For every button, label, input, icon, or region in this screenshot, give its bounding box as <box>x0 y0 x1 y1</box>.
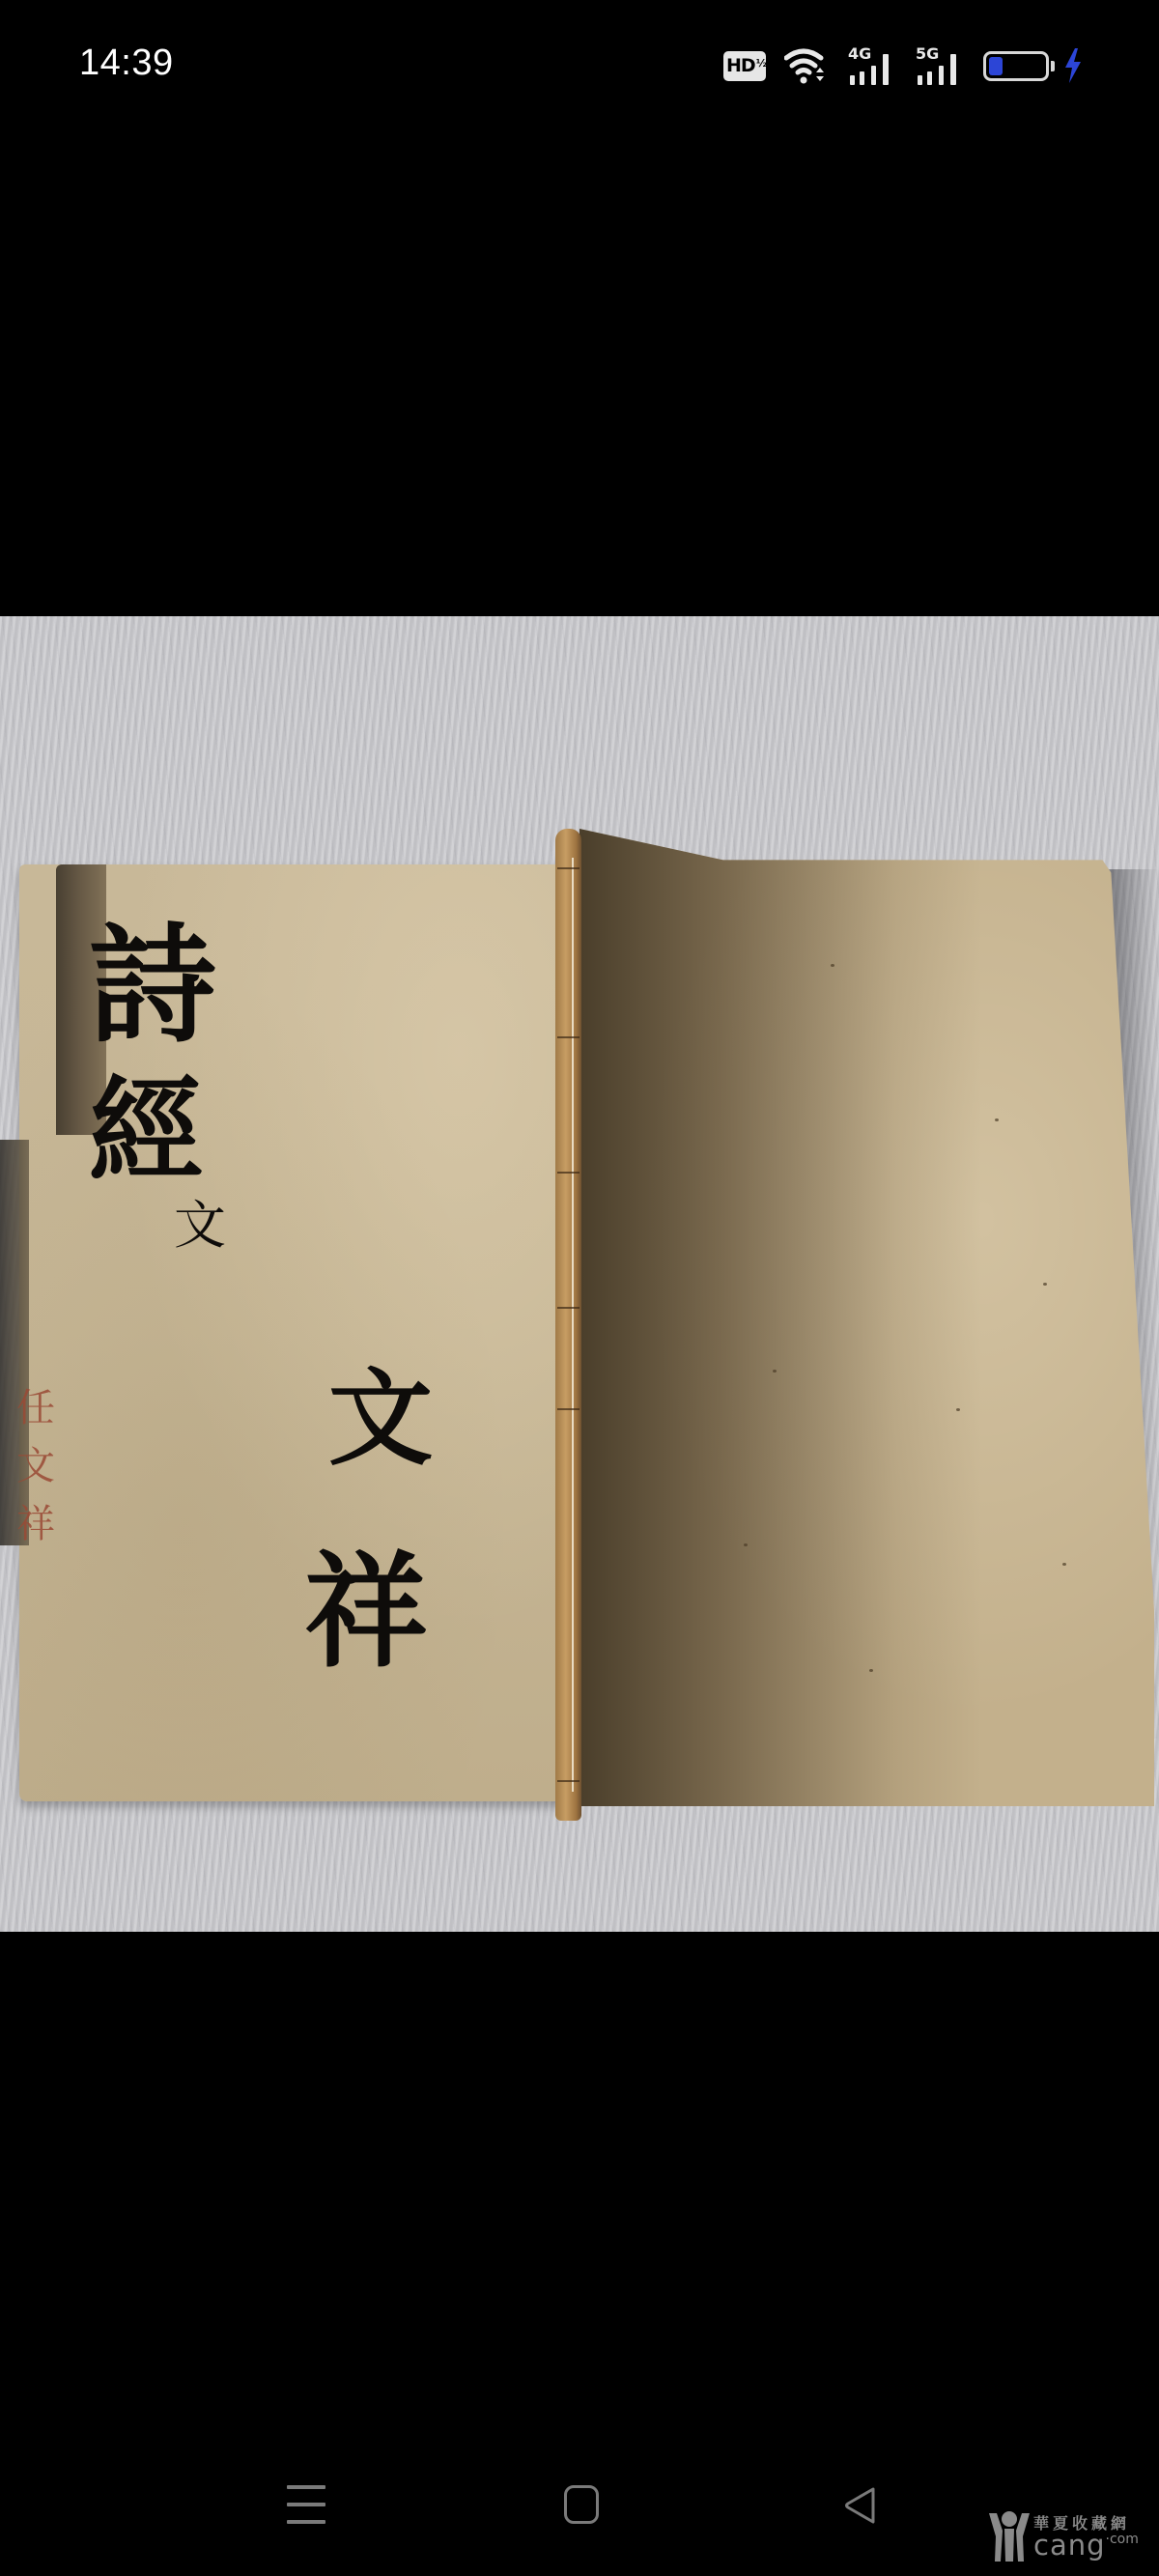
hd-voice-icon: HD½ <box>723 51 766 81</box>
signal-5g-icon: 5G <box>916 46 966 85</box>
battery-icon <box>983 51 1049 81</box>
watermark-domain: ·com <box>1106 2532 1139 2547</box>
signal-4g-icon: 4G <box>848 46 898 85</box>
battery-level <box>989 57 1003 75</box>
wifi-icon <box>784 46 827 85</box>
owner-inscription-char-1: 文 <box>328 1367 433 1471</box>
cover-small-mark: 文 <box>174 1200 226 1252</box>
collector-figure-icon <box>987 2509 1032 2563</box>
cover-title-char-1: 詩 <box>89 922 216 1050</box>
watermark-name-en: cang·com <box>1033 2529 1139 2562</box>
watermark-logo: 華夏收藏網 cang·com <box>987 2509 1156 2565</box>
watermark-cang: cang <box>1033 2529 1106 2562</box>
battery-tip <box>1051 61 1055 71</box>
cover-title-char-2: 經 <box>89 1074 203 1188</box>
book-spine <box>555 829 581 1821</box>
seal-char-2: 文 <box>12 1437 60 1495</box>
red-seal-stamp: 任 文 祥 <box>12 1379 60 1553</box>
charging-bolt-icon <box>1062 48 1084 83</box>
recent-apps-button[interactable] <box>287 2485 325 2537</box>
book-back-cover <box>579 829 1154 1806</box>
signal-4g-label: 4G <box>848 44 871 63</box>
seal-char-1: 任 <box>12 1379 60 1437</box>
hd-label: HD <box>726 55 755 76</box>
signal-5g-label: 5G <box>916 44 939 63</box>
owner-inscription-char-2: 祥 <box>304 1550 428 1674</box>
home-button[interactable] <box>564 2485 599 2524</box>
clock-time: 14:39 <box>79 42 174 84</box>
back-button[interactable] <box>842 2486 877 2525</box>
seal-char-3: 祥 <box>12 1495 60 1553</box>
status-bar: 14:39 HD½ 4G 5G <box>0 0 1159 135</box>
hd-sub: ½ <box>756 57 766 70</box>
